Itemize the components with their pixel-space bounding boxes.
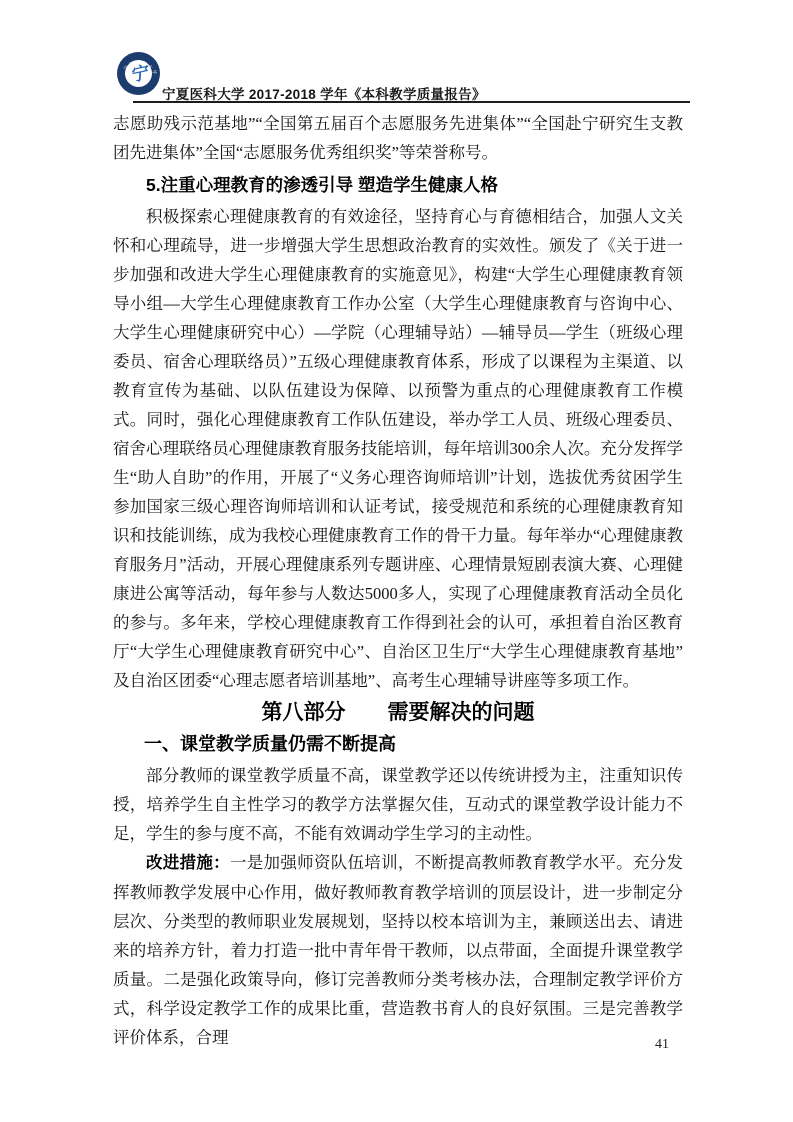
university-logo: 宁夏医科大学 宁	[116, 51, 161, 96]
page-number: 41	[655, 1037, 669, 1053]
paragraph-issue1-description: 部分教师的课堂教学质量不高，课堂教学还以传统讲授为主，注重知识传授，培养学生自主…	[113, 761, 683, 848]
document-page: 宁夏医科大学 宁 宁夏医科大学 2017-2018 学年《本科教学质量报告》 志…	[0, 0, 793, 1122]
improvement-measures-text: 一是加强师资队伍培训，不断提高教师教育教学水平。充分发挥教师教学发展中心作用，做…	[113, 853, 683, 1047]
university-emblem-icon: 宁夏医科大学 宁	[116, 51, 161, 96]
paragraph-improvement-measures: 改进措施：一是加强师资队伍培训，不断提高教师教育教学水平。充分发挥教师教学发展中…	[113, 848, 683, 1052]
heading-section5-psych-education: 5.注重心理教育的渗透引导 塑造学生健康人格	[113, 173, 683, 197]
paragraph-psych-education: 积极探索心理健康教育的有效途径，坚持育心与育德相结合，加强人文关怀和心理疏导，进…	[113, 202, 683, 695]
heading-issue1-classroom-quality: 一、课堂教学质量仍需不断提高	[113, 730, 683, 759]
header-title: 宁夏医科大学 2017-2018 学年《本科教学质量报告》	[162, 83, 486, 103]
heading-part8-problems-to-solve: 第八部分 需要解决的问题	[113, 698, 683, 728]
paragraph-honor-titles: 志愿助残示范基地”“全国第五届百个志愿服务先进集体”“全国赴宁研究生支教团先进集…	[113, 109, 683, 167]
header-divider	[133, 101, 690, 103]
improvement-measures-label: 改进措施：	[146, 854, 230, 872]
document-body: 志愿助残示范基地”“全国第五届百个志愿服务先进集体”“全国赴宁研究生支教团先进集…	[113, 109, 683, 1052]
